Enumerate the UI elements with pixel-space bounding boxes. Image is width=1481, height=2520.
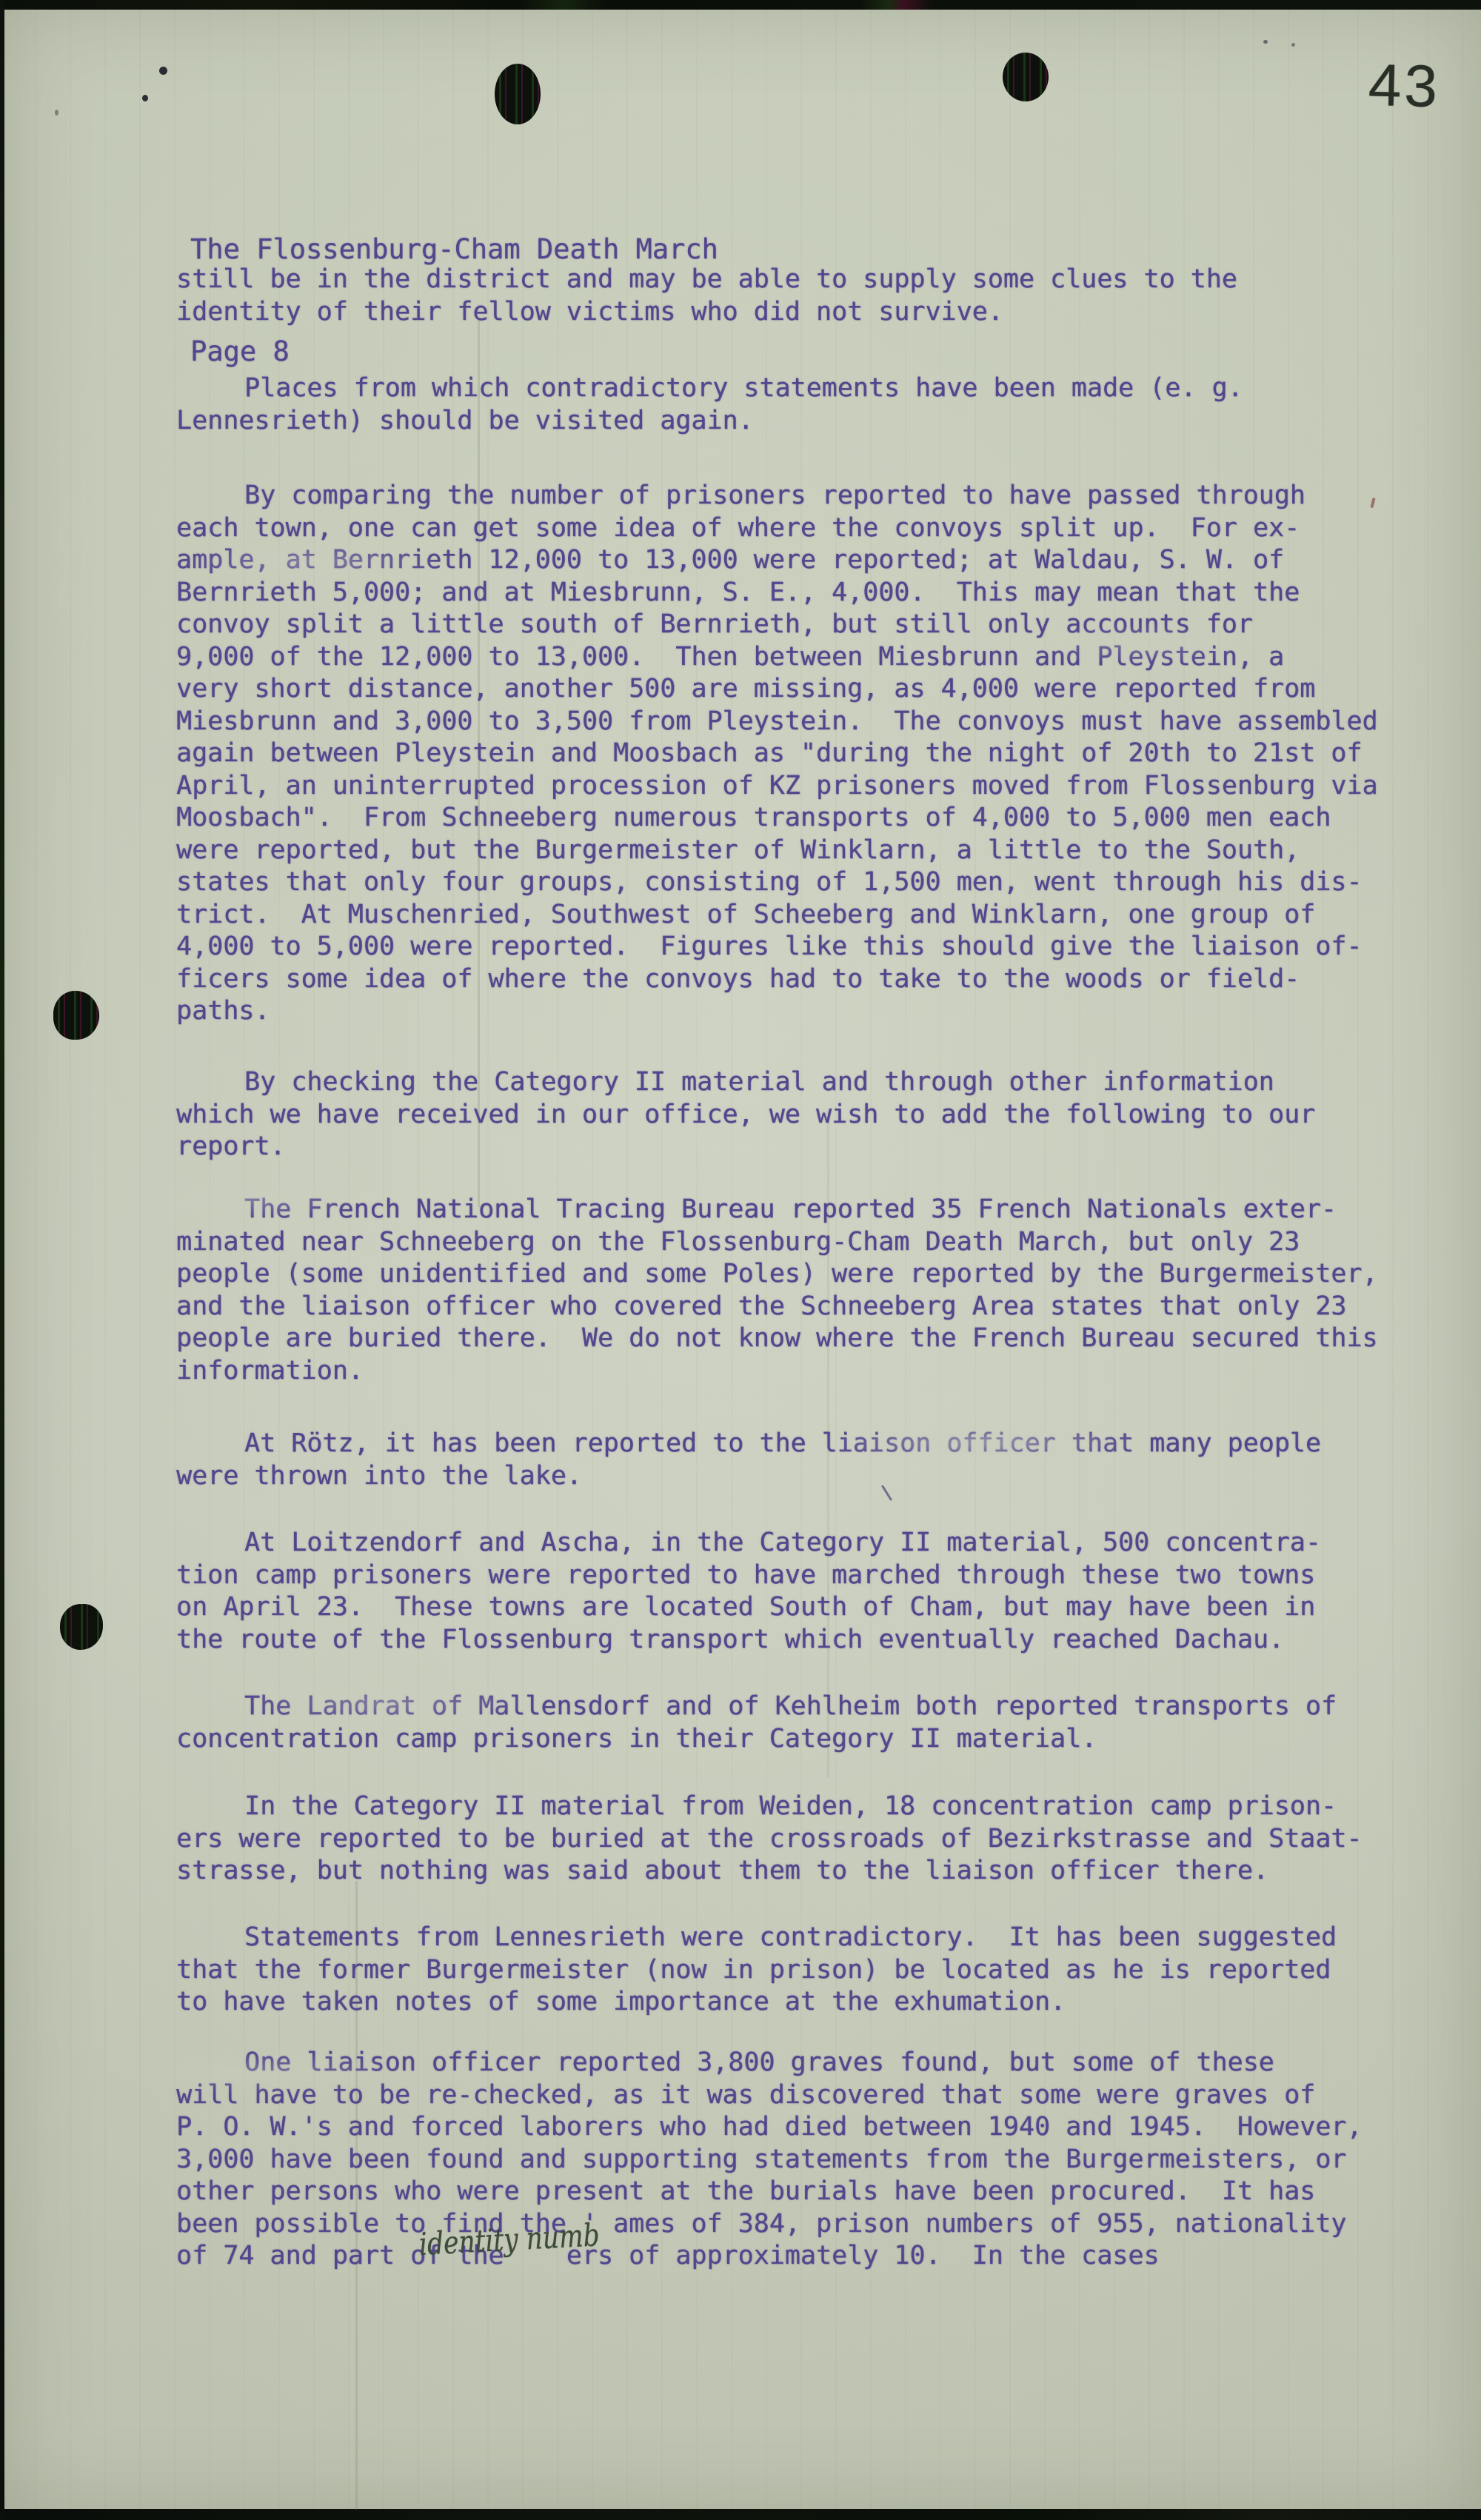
typed-line: still be in the district and may be able… [176, 264, 1450, 296]
body-paragraph: Places from which contradictory statemen… [176, 372, 1450, 437]
typed-line: ample, at Bernrieth 12,000 to 13,000 wer… [176, 544, 1450, 577]
body-paragraph: In the Category II material from Weiden,… [176, 1791, 1450, 1888]
typed-line: 3,000 have been found and supporting sta… [176, 2144, 1450, 2176]
document-page: 43 The Flossenburg-Cham Death March Page… [0, 0, 1481, 2520]
typed-line: paths. [176, 995, 1450, 1028]
typed-line: again between Pleystein and Moosbach as … [176, 738, 1450, 770]
typed-line: other persons who were present at the bu… [176, 2176, 1450, 2208]
typed-line: By comparing the number of prisoners rep… [176, 480, 1450, 512]
body-paragraph: At Loitzendorf and Ascha, in the Categor… [176, 1527, 1450, 1656]
body-paragraph: By comparing the number of prisoners rep… [176, 480, 1450, 1028]
typed-line: will have to be re-checked, as it was di… [176, 2079, 1450, 2112]
typed-line: people are buried there. We do not know … [176, 1323, 1450, 1355]
typed-line: ficers some idea of where the convoys ha… [176, 963, 1450, 996]
typed-line: By checking the Category II material and… [176, 1066, 1450, 1099]
typed-line: were thrown into the lake. [176, 1460, 1450, 1493]
typed-line: the route of the Flossenburg transport w… [176, 1624, 1450, 1657]
typed-line: Moosbach". From Schneeberg numerous tran… [176, 802, 1450, 835]
typed-line: Miesbrunn and 3,000 to 3,500 from Pleyst… [176, 706, 1450, 738]
typed-line: which we have received in our office, we… [176, 1099, 1450, 1132]
body-paragraph: Statements from Lennesrieth were contrad… [176, 1922, 1450, 2019]
typed-line: In the Category II material from Weiden,… [176, 1791, 1450, 1823]
typed-line: been possible to find the ' ames of 384,… [176, 2208, 1450, 2241]
body-paragraph: By checking the Category II material and… [176, 1066, 1450, 1163]
typed-line: minated near Schneeberg on the Flossenbu… [176, 1226, 1450, 1259]
typed-line: At Loitzendorf and Ascha, in the Categor… [176, 1527, 1450, 1560]
typed-line: One liaison officer reported 3,800 grave… [176, 2047, 1450, 2079]
typed-line: information. [176, 1355, 1450, 1388]
typed-line: At Rötz, it has been reported to the lia… [176, 1428, 1450, 1460]
document-body: still be in the district and may be able… [0, 0, 1481, 2520]
body-paragraph: One liaison officer reported 3,800 grave… [176, 2047, 1450, 2273]
body-paragraph: The Landrat of Mallensdorf and of Kehlhe… [176, 1691, 1450, 1755]
body-paragraph: At Rötz, it has been reported to the lia… [176, 1428, 1450, 1492]
typed-line: people (some unidentified and some Poles… [176, 1258, 1450, 1291]
typed-line: states that only four groups, consisting… [176, 866, 1450, 899]
typed-line: very short distance, another 500 are mis… [176, 673, 1450, 706]
typed-line: ers were reported to be buried at the cr… [176, 1823, 1450, 1856]
typed-line: on April 23. These towns are located Sou… [176, 1591, 1450, 1624]
typed-line: and the liaison officer who covered the … [176, 1291, 1450, 1323]
typed-line: Statements from Lennesrieth were contrad… [176, 1922, 1450, 1954]
typed-line: tion camp prisoners were reported to hav… [176, 1560, 1450, 1592]
typed-line: The French National Tracing Bureau repor… [176, 1194, 1450, 1226]
typed-line: convoy split a little south of Bernrieth… [176, 609, 1450, 641]
typed-line: were reported, but the Burgermeister of … [176, 835, 1450, 867]
typed-line: to have taken notes of some importance a… [176, 1986, 1450, 2019]
typed-line: that the former Burgermeister (now in pr… [176, 1954, 1450, 1987]
typed-line: trict. At Muschenried, Southwest of Sche… [176, 899, 1450, 932]
typed-line: each town, one can get some idea of wher… [176, 512, 1450, 545]
body-paragraph: The French National Tracing Bureau repor… [176, 1194, 1450, 1387]
typed-line: Bernrieth 5,000; and at Miesbrunn, S. E.… [176, 577, 1450, 609]
typed-line: April, an uninterrupted procession of KZ… [176, 770, 1450, 803]
typed-line: 9,000 of the 12,000 to 13,000. Then betw… [176, 641, 1450, 674]
typed-line: Places from which contradictory statemen… [176, 372, 1450, 405]
typed-line: P. O. W.'s and forced laborers who had d… [176, 2111, 1450, 2144]
typed-line: report. [176, 1131, 1450, 1163]
typed-line: Lennesrieth) should be visited again. [176, 405, 1450, 438]
typed-line: The Landrat of Mallensdorf and of Kehlhe… [176, 1691, 1450, 1723]
body-paragraph: still be in the district and may be able… [176, 264, 1450, 328]
typed-line: of 74 and part of the ers of approximate… [176, 2240, 1450, 2273]
typed-line: identity of their fellow victims who did… [176, 296, 1450, 329]
typed-line: 4,000 to 5,000 were reported. Figures li… [176, 931, 1450, 963]
typed-line: concentration camp prisoners in their Ca… [176, 1723, 1450, 1756]
typed-line: strasse, but nothing was said about them… [176, 1855, 1450, 1888]
